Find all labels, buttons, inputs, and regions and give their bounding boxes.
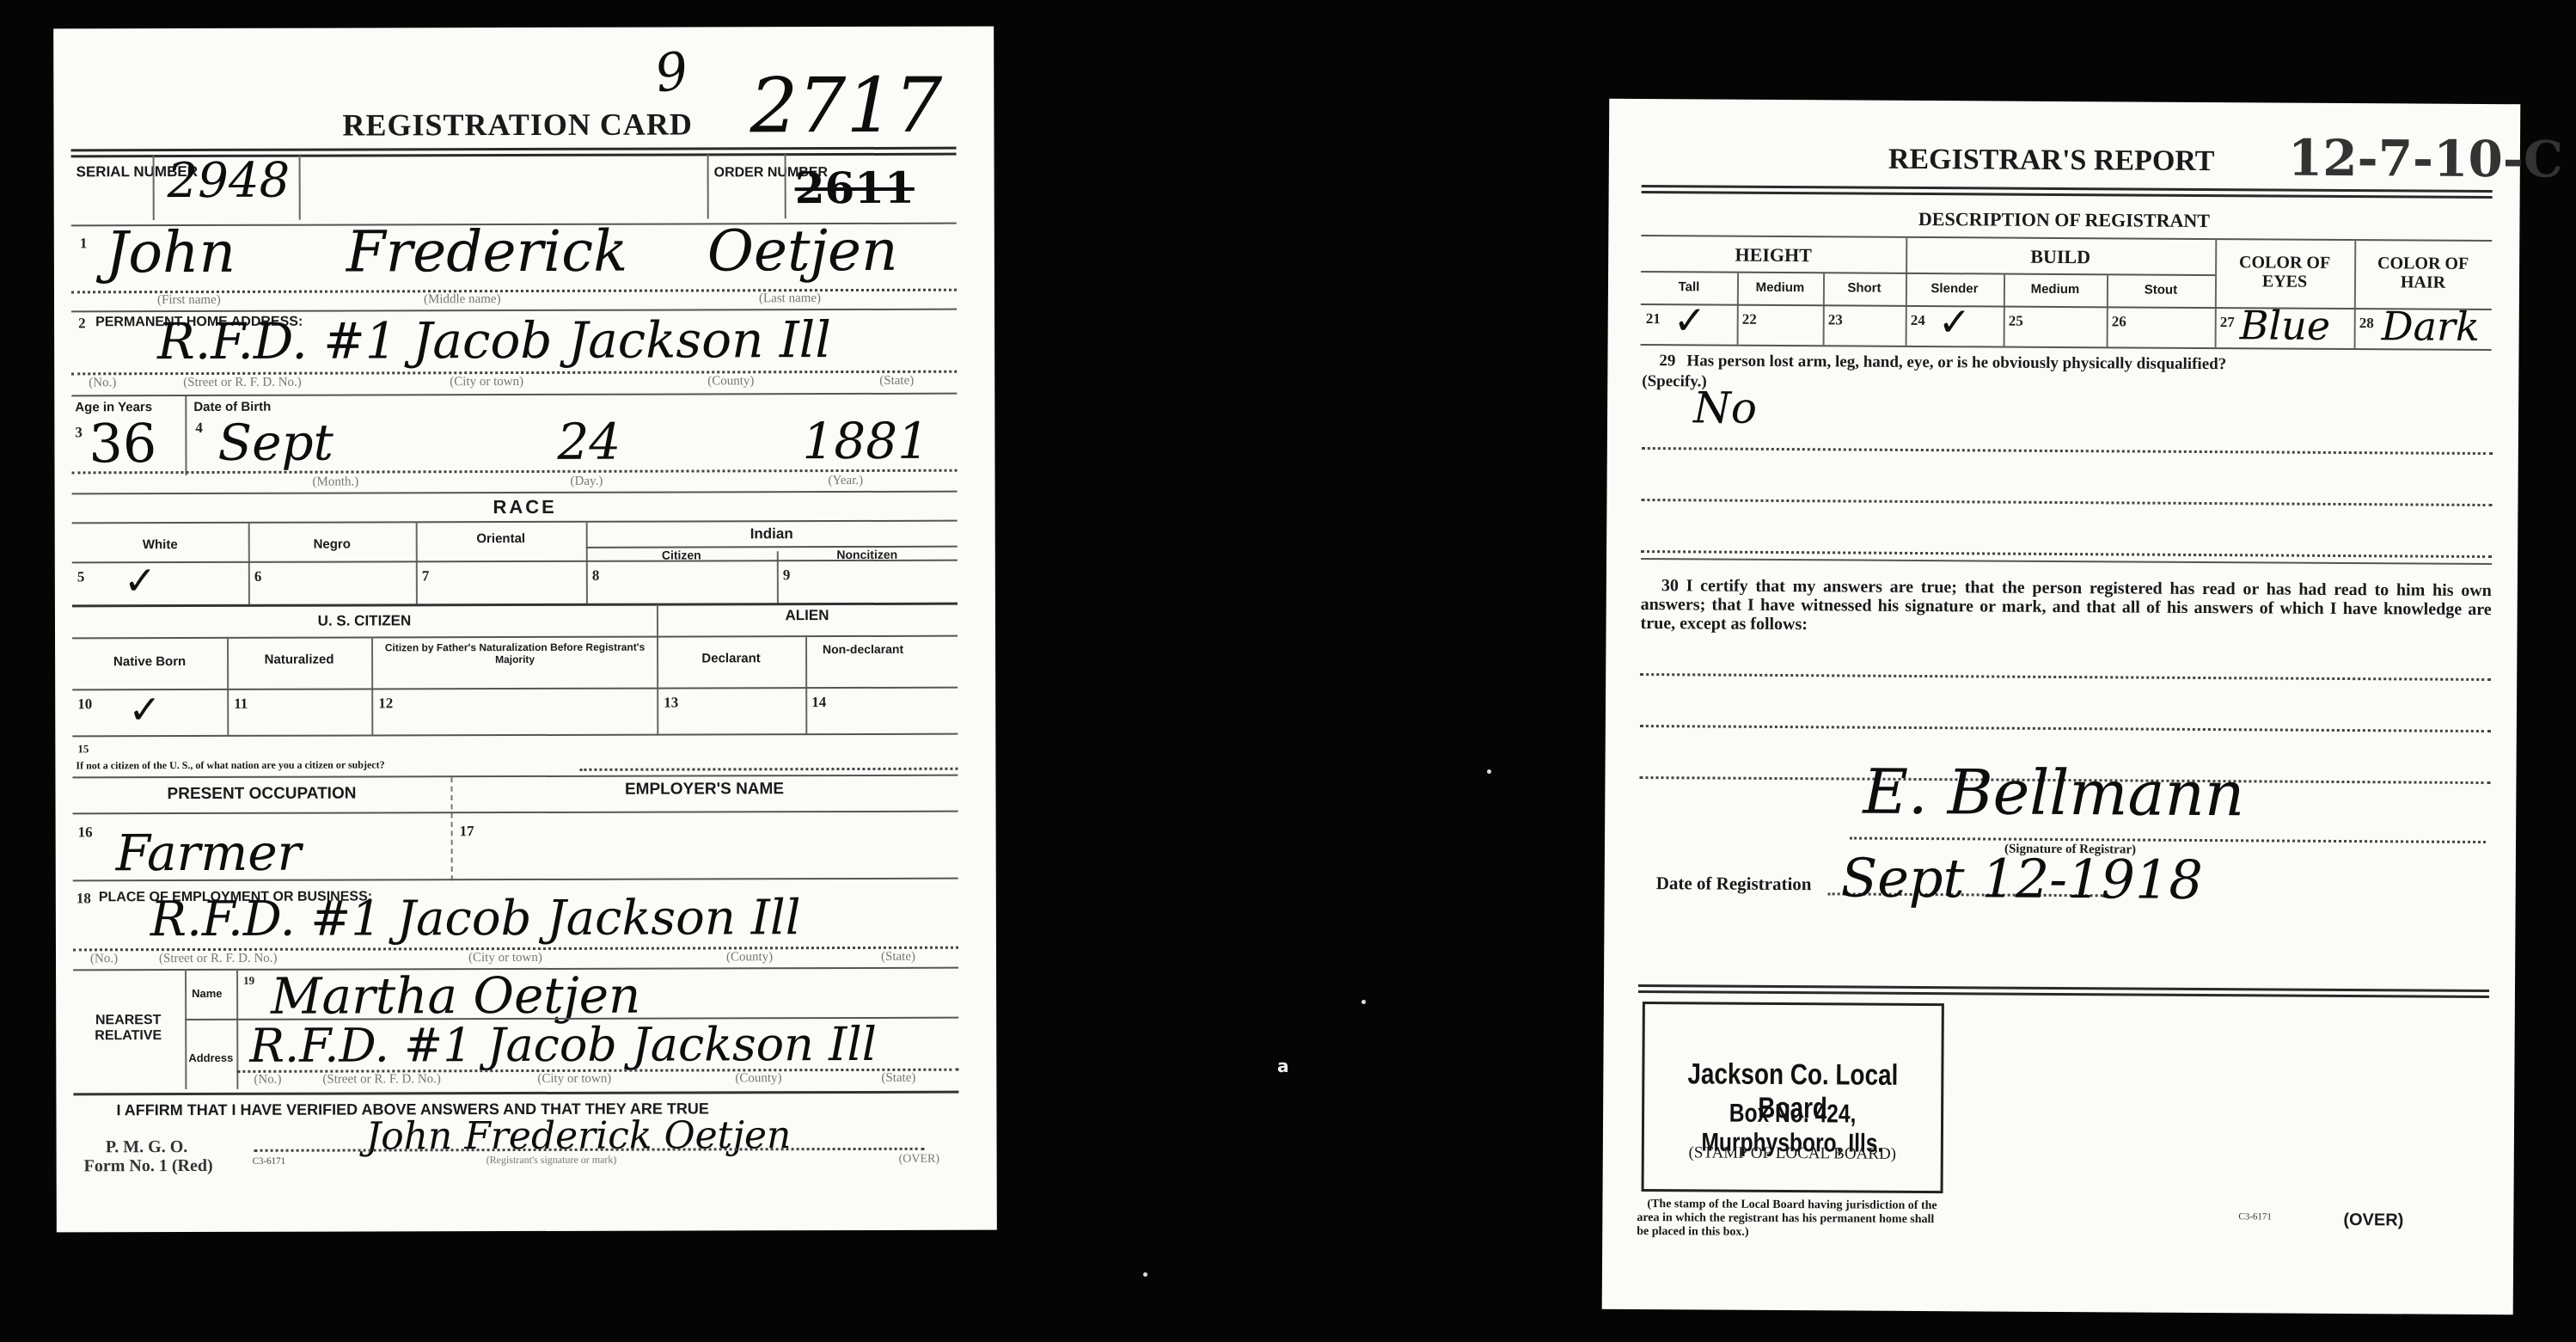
print-code: C3-6171 <box>253 1156 286 1167</box>
field-number: 22 <box>1742 311 1757 328</box>
address-sublabel: (State) <box>881 950 915 965</box>
field-number: 7 <box>422 567 430 585</box>
divider <box>707 154 709 218</box>
divider <box>153 156 155 220</box>
divider <box>185 396 187 475</box>
card-title: REGISTRATION CARD <box>342 106 693 143</box>
relative-address-value: R.F.D. #1 Jacob Jackson Ill <box>249 1017 877 1073</box>
divider <box>1850 837 2486 844</box>
registration-card: 9 REGISTRATION CARD 2717 SERIAL NUMBER 2… <box>53 27 997 1233</box>
q29-number: 29 <box>1659 352 1675 371</box>
field-15-question: If not a citizen of the U. S., of what n… <box>76 758 384 772</box>
dob-label: Date of Birth <box>193 400 271 414</box>
eye-color-value: Blue <box>2240 302 2331 349</box>
field-number: 6 <box>254 568 262 585</box>
divider <box>1641 303 2492 310</box>
address-sublabel: (No.) <box>90 952 118 966</box>
field-number: 26 <box>2112 313 2126 330</box>
nearest-relative-label: NEAREST RELATIVE <box>73 1013 183 1044</box>
build-medium-label: Medium <box>2004 282 2107 297</box>
dob-month: Sept <box>217 414 333 472</box>
hair-color-title: COLOR OF HAIR <box>2354 254 2492 292</box>
field-number: 25 <box>2009 313 2023 330</box>
race-oriental-label: Oriental <box>416 531 586 547</box>
divider <box>72 733 958 738</box>
divider <box>1640 725 2491 732</box>
q30-number: 30 <box>1661 576 1679 595</box>
field-number: 27 <box>2220 314 2235 331</box>
field-number: 5 <box>77 568 85 585</box>
form-id-line1: P. M. G. O. <box>83 1137 211 1157</box>
divider <box>299 156 301 220</box>
divider <box>1642 447 2493 455</box>
alien-title: ALIEN <box>657 607 958 625</box>
address-sublabel: (State) <box>879 374 914 389</box>
order-number-value: 2611 <box>795 162 915 213</box>
middle-name-label: (Middle name) <box>424 292 501 307</box>
over-label: (OVER) <box>2343 1210 2403 1230</box>
dob-sublabel: (Month.) <box>313 475 359 490</box>
first-name-label: (First name) <box>157 293 221 308</box>
divider <box>73 1091 958 1096</box>
over-label: (OVER) <box>899 1153 939 1167</box>
race-white-label: White <box>72 537 248 553</box>
description-title: DESCRIPTION OF REGISTRANT <box>1608 206 2519 234</box>
registrar-signature: E. Bellmann <box>1863 756 2244 830</box>
divider <box>73 811 958 815</box>
divider <box>72 491 958 495</box>
address-sublabel: (County) <box>726 950 773 965</box>
declarant-label: Declarant <box>657 651 805 665</box>
field-number: 4 <box>195 420 203 437</box>
signature-label: (Registrant's signature or mark) <box>486 1154 617 1167</box>
divider <box>371 636 373 735</box>
serial-number-value: 2948 <box>168 153 291 209</box>
dob-year: 1881 <box>802 412 929 470</box>
field-number: 9 <box>783 567 791 584</box>
address-sublabel: (County) <box>735 1071 781 1086</box>
divider <box>1641 558 2492 565</box>
height-tall-check-icon: ✓ <box>1673 297 1707 343</box>
divider <box>72 560 958 564</box>
address-sublabel: (State) <box>881 1071 915 1086</box>
order-number-label: ORDER NUMBER <box>714 166 774 180</box>
field-number: 8 <box>592 567 600 585</box>
build-slender-label: Slender <box>1906 281 2004 297</box>
serial-number-label: SERIAL NUMBER <box>76 164 154 180</box>
divider <box>1641 550 2492 558</box>
field-number: 1 <box>80 235 88 252</box>
dob-day: 24 <box>557 413 621 471</box>
occupation-label: PRESENT OCCUPATION <box>72 784 450 804</box>
field-number: 10 <box>77 696 92 713</box>
place-of-employment-value: R.F.D. #1 Jacob Jackson Ill <box>150 890 801 947</box>
address-sublabel: (City or town) <box>450 375 523 389</box>
divider <box>72 520 958 524</box>
citizen-by-father-label: Citizen by Father's Naturalization Befor… <box>382 641 648 666</box>
address-sublabel: (No.) <box>254 1073 281 1088</box>
last-name: Oetjen <box>707 218 898 285</box>
field-number: 21 <box>1646 310 1661 328</box>
employer-label: EMPLOYER'S NAME <box>450 780 958 800</box>
divider <box>72 687 958 691</box>
divider <box>71 393 957 397</box>
print-code: C3-6171 <box>2238 1211 2272 1222</box>
field-number: 13 <box>664 695 678 712</box>
divider <box>72 775 958 779</box>
divider <box>1641 499 2492 506</box>
address-sublabel: (Street or R. F. D. No.) <box>183 376 302 390</box>
field-number: 23 <box>1828 311 1843 328</box>
address-sublabel: (Street or R. F. D. No.) <box>159 952 278 966</box>
registrars-report-card: REGISTRAR'S REPORT 12-7-10-C DESCRIPTION… <box>1602 99 2521 1314</box>
address-sublabel: (County) <box>707 374 754 389</box>
field-number: 28 <box>2359 315 2374 332</box>
divider <box>1641 235 2492 242</box>
address-sublabel: (City or town) <box>537 1072 611 1087</box>
field-number: 16 <box>78 824 93 841</box>
local-board-stamp-box: Jackson Co. Local Board Box No. 424, Mur… <box>1642 1002 1944 1193</box>
dob-sublabel: (Day.) <box>571 475 603 489</box>
occupation-value: Farmer <box>116 824 302 883</box>
native-born-label: Native Born <box>72 654 227 669</box>
report-title: REGISTRAR'S REPORT <box>1888 144 2215 178</box>
address-sublabel: (City or town) <box>468 951 542 965</box>
age-value: 36 <box>89 412 156 475</box>
race-indian-label: Indian <box>586 525 958 543</box>
last-name-label: (Last name) <box>759 291 821 306</box>
divider <box>1641 271 2215 276</box>
field-number: 18 <box>76 890 91 907</box>
height-title: HEIGHT <box>1641 243 1906 267</box>
stamp-caption: (STAMP OF LOCAL BOARD) <box>1644 1143 1941 1164</box>
top-mark: 9 <box>652 40 693 105</box>
build-title: BUILD <box>1906 245 2215 269</box>
eye-color-title: COLOR OF EYES <box>2215 253 2354 291</box>
speck <box>1143 1272 1147 1277</box>
middle-name: Frederick <box>346 218 628 285</box>
card-handwritten-number: 2717 <box>750 61 942 150</box>
registration-date-label: Date of Registration <box>1656 873 1812 895</box>
home-address-value: R.F.D. #1 Jacob Jackson Ill <box>157 310 831 371</box>
divider <box>450 777 452 880</box>
speck <box>1361 1000 1366 1004</box>
divider <box>72 469 958 475</box>
build-slender-check-icon: ✓ <box>1938 298 1972 345</box>
field-number: 14 <box>811 694 826 711</box>
field-number: 15 <box>77 742 89 756</box>
non-declarant-label: Non-declarant <box>811 642 915 656</box>
divider <box>579 768 958 771</box>
address-sublabel: (No.) <box>89 376 116 390</box>
q29-question: Has person lost arm, leg, hand, eye, or … <box>1686 352 2226 374</box>
relative-address-label: Address <box>188 1051 233 1064</box>
field-number: 2 <box>78 315 86 332</box>
height-short-label: Short <box>1823 280 1906 296</box>
q30-text: I certify that my answers are true; that… <box>1641 576 2492 634</box>
naturalized-label: Naturalized <box>227 652 371 666</box>
speck <box>1487 769 1491 774</box>
address-sublabel: (Street or R. F. D. No.) <box>322 1072 441 1087</box>
divider <box>657 605 658 734</box>
field-number: 24 <box>1911 312 1925 329</box>
registration-date-value: Sept 12-1918 <box>1841 846 2204 911</box>
field-number: 19 <box>243 974 254 988</box>
stamp-note: (The stamp of the Local Board having jur… <box>1637 1198 1946 1241</box>
form-id-line2: Form No. 1 (Red) <box>76 1156 222 1176</box>
report-code: 12-7-10-C <box>2288 129 2564 189</box>
field-number: 12 <box>378 695 393 712</box>
race-white-check-icon: ✓ <box>124 557 157 604</box>
hair-color-value: Dark <box>2382 303 2480 350</box>
race-negro-label: Negro <box>248 536 416 552</box>
registrant-signature: John Frederick Oetjen <box>365 1113 791 1158</box>
divider <box>72 635 958 640</box>
native-born-check-icon: ✓ <box>128 686 162 732</box>
field-number: 3 <box>75 424 83 441</box>
height-medium-label: Medium <box>1737 280 1823 296</box>
stray-mark: a <box>1277 1056 1289 1076</box>
divider <box>248 523 250 604</box>
divider <box>1641 344 2492 351</box>
field-number: 11 <box>234 696 248 713</box>
divider <box>1638 984 2489 998</box>
build-stout-label: Stout <box>2107 282 2215 297</box>
relative-name-value: Martha Oetjen <box>271 966 640 1026</box>
divider <box>1640 673 2491 681</box>
divider <box>805 635 807 734</box>
height-tall-label: Tall <box>1641 279 1737 295</box>
first-name: John <box>106 219 236 285</box>
field-number: 17 <box>460 823 474 840</box>
divider <box>785 154 786 218</box>
race-title: RACE <box>55 495 995 520</box>
dob-sublabel: (Year.) <box>829 474 864 488</box>
divider <box>185 969 187 1089</box>
relative-name-label: Name <box>192 987 222 1000</box>
q29-answer: No <box>1693 383 1757 432</box>
q30-block: 30 I certify that my answers are true; t… <box>1641 576 2492 638</box>
us-citizen-title: U. S. CITIZEN <box>72 612 657 631</box>
